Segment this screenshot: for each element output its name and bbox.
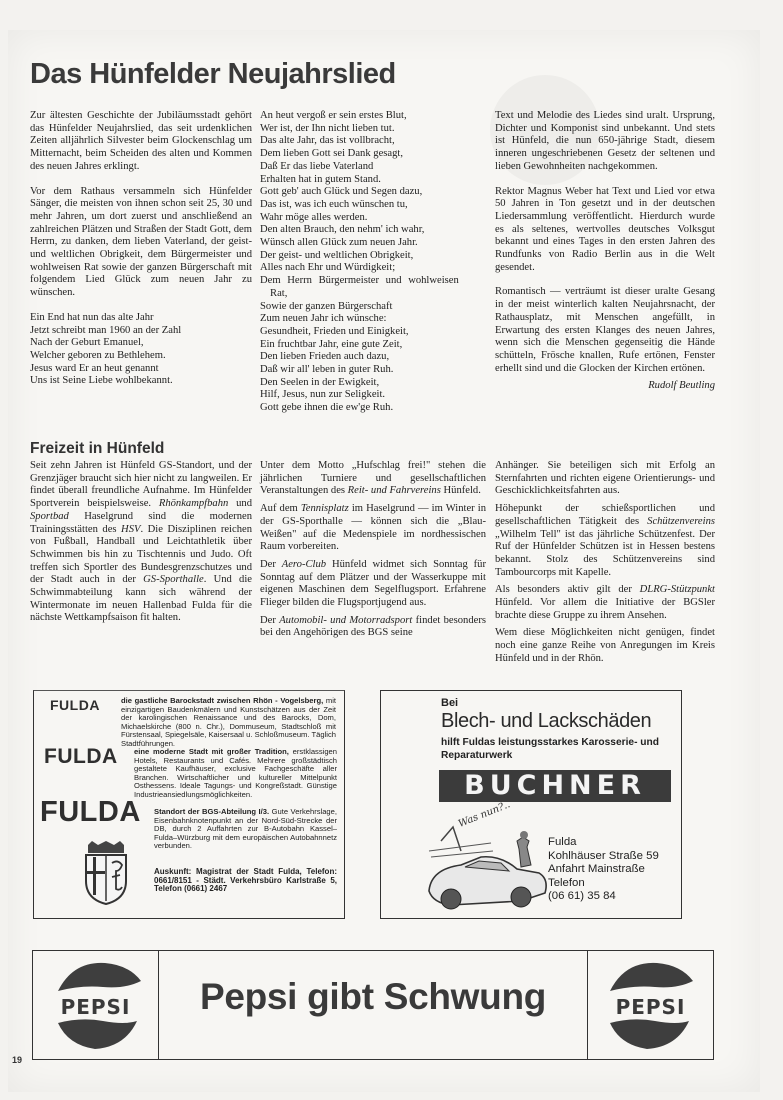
poem-part-1: Ein End hat nun das alte Jahr Jetzt schr… [30, 312, 252, 388]
paragraph: Höhepunkt der schießsportlichen und gese… [495, 503, 715, 579]
paragraph: Der Aero-Club Hünfeld widmet sich Sonnta… [260, 559, 486, 610]
pepsi-logo-left: PEPSI [33, 951, 159, 1059]
address-line: Kohlhäuser Straße 59 [548, 850, 659, 864]
paragraph: Zur ältesten Geschichte der Jubiläumssta… [30, 110, 252, 174]
poem-line: Das alte Jahr, das ist vollbracht, [260, 135, 486, 148]
article2-column-1: Seit zehn Jahren ist Hünfeld GS-Standort… [30, 460, 252, 630]
poem-line: Erhalten hat in gutem Stand. [260, 174, 486, 187]
emphasis: Tennisplatz [301, 503, 349, 514]
fulda-wordmark: FULDA [40, 796, 141, 829]
pepsi-wordmark: PEPSI [33, 995, 158, 1019]
text: Auf dem [260, 503, 301, 514]
poem-line: Hilf, Jesus, nun zur Seligkeit. [260, 389, 486, 402]
ad-contact: Auskunft: Magistrat der Stadt Fulda, Tel… [154, 868, 337, 894]
emphasis: HSV [121, 524, 140, 535]
poem-line: Der geist- und weltlichen Obrigkeit, [260, 250, 486, 263]
text: Hünfeld. Vor allem die Initiative der BG… [495, 597, 715, 621]
poem-line: Dem lieben Gott sei Dank gesagt, [260, 148, 486, 161]
pepsi-wordmark: PEPSI [588, 995, 713, 1019]
advertisement-fulda: FULDA die gastliche Barockstadt zwischen… [33, 690, 345, 919]
poem-line: Nach der Geburt Emanuel, [30, 337, 252, 350]
poem-line: Ein End hat nun das alte Jahr [30, 312, 252, 325]
address-line: Anfahrt Mainstraße [548, 863, 659, 877]
page-number: 19 [12, 1055, 22, 1065]
poem-line: Den lieben Frieden auch dazu, [260, 351, 486, 364]
fulda-wordmark: FULDA [50, 697, 100, 713]
poem-line: Welcher geboren zu Bethlehem. [30, 350, 252, 363]
emphasis: Schützenvereins [647, 516, 715, 527]
article2-column-2: Unter dem Motto „Hufschlag frei!" stehen… [260, 460, 486, 645]
author-signature: Rudolf Beutling [495, 380, 715, 393]
emphasis: Automobil- und Motorradsport [279, 615, 412, 626]
article1-column-2: An heut vergoß er sein erstes Blut, Wer … [260, 110, 486, 415]
poem-line: Den Seelen in der Ewigkeit, [260, 377, 486, 390]
poem-line: Ein fruchtbar Jahr, eine gute Zeit, [260, 339, 486, 352]
poem-line: Alles nach Ehr und Würdigkeit; [260, 262, 486, 275]
emphasis: DLRG-Stützpunkt [640, 584, 715, 595]
damaged-car-icon [421, 821, 561, 913]
paragraph: Romantisch — verträumt ist dieser uralte… [495, 286, 715, 375]
article-title-neujahrslied: Das Hünfelder Neujahrslied [30, 58, 396, 91]
fulda-coat-of-arms-icon [82, 841, 130, 905]
poem-line: Wünsch allen Glück zum neuen Jahr. [260, 237, 486, 250]
fulda-wordmark: FULDA [44, 745, 118, 769]
address-line: Fulda [548, 836, 659, 850]
article-title-freizeit: Freizeit in Hünfeld [30, 440, 164, 458]
text: Hünfeld. [441, 485, 481, 496]
poem-line: Daß Er das liebe Vaterland [260, 161, 486, 174]
paragraph: Als besonders aktiv gilt der DLRG-Stützp… [495, 584, 715, 622]
emphasis: Reit- und Fahrvereins [348, 485, 441, 496]
paragraph: Vor dem Rathaus versammeln sich Hünfelde… [30, 186, 252, 300]
ad-text-block: eine moderne Stadt mit großer Tradition,… [134, 748, 337, 800]
ad-intro: Bei [441, 697, 458, 709]
ad-address: Fulda Kohlhäuser Straße 59 Anfahrt Mains… [548, 836, 659, 904]
address-line: (06 61) 35 84 [548, 890, 659, 904]
paragraph: Wem diese Möglichkeiten nicht genügen, f… [495, 627, 715, 665]
ad-headline: Blech- und Lackschäden [441, 710, 651, 733]
poem-line: Das ist, was ich euch wünschen tu, [260, 199, 486, 212]
emphasis: GS-Sporthalle [143, 574, 204, 585]
paragraph: Der Automobil- und Motorradsport findet … [260, 615, 486, 640]
text: „Wilhelm Tell" ist das jährliche Schütze… [495, 529, 715, 578]
poem-line: Jetzt schreibt man 1960 an der Zahl [30, 325, 252, 338]
article2-column-3: Anhänger. Sie beteiligen sich mit Erfolg… [495, 460, 715, 671]
advertisement-buchner: Bei Blech- und Lackschäden hilft Fuldas … [380, 690, 682, 919]
emphasis: Aero-Club [282, 559, 326, 570]
poem-part-2: An heut vergoß er sein erstes Blut, Wer … [260, 110, 486, 415]
poem-line: Jesus ward Er an heut genannt [30, 363, 252, 376]
article1-column-3: Text und Melodie des Liedes sind uralt. … [495, 110, 715, 393]
paragraph: Auf dem Tennisplatz im Haselgrund — im W… [260, 503, 486, 554]
emphasis: Rhönkampfbahn [159, 498, 228, 509]
poem-line: Gesundheit, Frieden und Einigkeit, [260, 326, 486, 339]
paragraph: Seit zehn Jahren ist Hünfeld GS-Standort… [30, 460, 252, 625]
pepsi-logo-right: PEPSI [587, 951, 713, 1059]
poem-line: Rat, [260, 288, 486, 301]
poem-line: Gott gebe ihnen die ew'ge Ruh. [260, 402, 486, 415]
ad-text: mit einzigartigen Baudenkmälern und Kuns… [121, 696, 336, 748]
text: und [228, 498, 252, 509]
paragraph: Rektor Magnus Weber hat Text und Lied vo… [495, 186, 715, 275]
paragraph: Unter dem Motto „Hufschlag frei!" stehen… [260, 460, 486, 498]
text: Der [260, 615, 279, 626]
poem-line: Sowie der ganzen Bürgerschaft [260, 301, 486, 314]
pepsi-slogan-area: Pepsi gibt Schwung [159, 951, 587, 1059]
ad-text-block: die gastliche Barockstadt zwischen Rhön … [121, 697, 336, 749]
paragraph: Anhänger. Sie beteiligen sich mit Erfolg… [495, 460, 715, 498]
ad-text-block: Standort der BGS-Abteilung I/3. Gute Ver… [154, 808, 337, 851]
advertisement-pepsi: PEPSI Pepsi gibt Schwung PEPSI [32, 950, 714, 1060]
poem-line: Wahr möge alles werden. [260, 212, 486, 225]
poem-line: Uns ist Seine Liebe wohlbekannt. [30, 375, 252, 388]
ad-text: erstklassigen Hotels, Restaurants und Ca… [134, 747, 337, 799]
text: Der [260, 559, 282, 570]
poem-line: Den alten Brauch, den nehm' ich wahr, [260, 224, 486, 237]
pepsi-slogan: Pepsi gibt Schwung [200, 976, 546, 1018]
paragraph: Text und Melodie des Liedes sind uralt. … [495, 110, 715, 174]
poem-line: Gott geb' auch Glück und Segen dazu, [260, 186, 486, 199]
poem-line: Wer ist, der Ihn nicht lieben tut. [260, 123, 486, 136]
emphasis: Sportbad [30, 511, 69, 522]
poem-line: Daß wir all' leben in guter Ruh. [260, 364, 486, 377]
poem-line: An heut vergoß er sein erstes Blut, [260, 110, 486, 123]
ad-subline: hilft Fuldas leistungsstarkes Karosserie… [441, 736, 676, 762]
buchner-logo: BUCHNER [439, 770, 671, 802]
poem-line: Zum neuen Jahr ich wünsche: [260, 313, 486, 326]
address-line: Telefon [548, 877, 659, 891]
poem-line: Dem Herrn Bürgermeister und wohlweisen [260, 275, 486, 288]
text: Als besonders aktiv gilt der [495, 584, 640, 595]
article1-column-1: Zur ältesten Geschichte der Jubiläumssta… [30, 110, 252, 388]
